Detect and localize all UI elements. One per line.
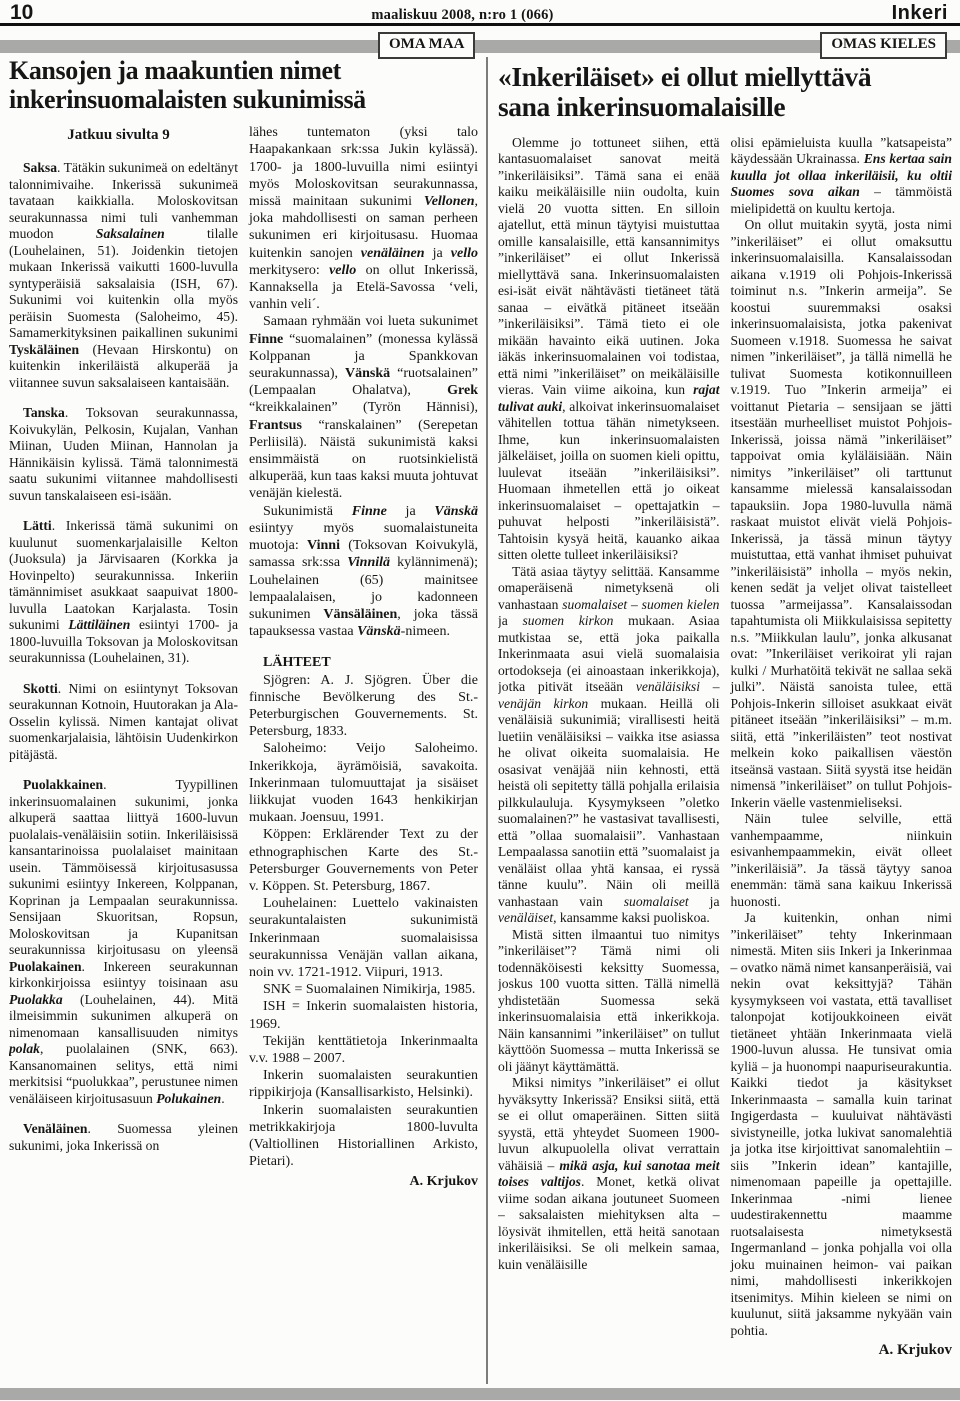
bottom-bar: [0, 1388, 960, 1400]
paragraph: Sukunimistä Finne ja Vänskä esiintyy myö…: [249, 503, 478, 641]
left-article-column-1-text: Saksa. Tätäkin sukunimeä on edeltänyt ta…: [9, 160, 238, 1154]
author-signature: A. Krjukov: [731, 1342, 953, 1359]
paragraph: SNK = Suomalainen Nimikirja, 1985.: [249, 981, 478, 998]
continued-from-note: Jatkuu sivulta 9: [9, 127, 228, 144]
paper-name: Inkeri: [892, 2, 948, 25]
paragraph: Saloheimo: Veijo Saloheimo. Inkerikkoja,…: [249, 740, 478, 826]
paragraph: On ollut muitakin syytä, josta nimi ”ink…: [731, 217, 953, 811]
paragraph: Tanska. Toksovan seurakunnassa, Koivukyl…: [9, 405, 238, 504]
paragraph: Saksa. Tätäkin sukunimeä on edeltänyt ta…: [9, 160, 238, 391]
section-label-omas-kieles: OMAS KIELES: [820, 32, 947, 59]
paragraph: Tekijän kenttätietoja Inkerinmaalta v.v.…: [249, 1033, 478, 1067]
right-article: «Inkeriläiset» ei ollut miellyttävä sana…: [498, 56, 952, 1378]
paragraph: Näin tulee selville, että vanhempaamme, …: [731, 811, 953, 910]
paragraph: Lätti. Inkerissä tämä sukunimi on kuulun…: [9, 518, 238, 667]
left-article-title: Kansojen ja maakuntien nimet inkerinsuom…: [9, 56, 478, 114]
issue-info: maaliskuu 2008, n:ro 1 (066): [371, 7, 553, 24]
section-label-oma-maa: OMA MAA: [378, 32, 475, 59]
left-article-columns: Jatkuu sivulta 9 Saksa. Tätäkin sukunime…: [9, 124, 478, 1381]
right-article-title-line1: «Inkeriläiset» ei ollut miellyttävä: [498, 62, 952, 92]
left-article-column-2-text: lähes tuntematon (yksi talo Haapakankaan…: [249, 124, 478, 1190]
left-article-column-1: Jatkuu sivulta 9 Saksa. Tätäkin sukunime…: [9, 124, 238, 1381]
paragraph: lähes tuntematon (yksi talo Haapakankaan…: [249, 124, 478, 313]
left-article-title-line2: inkerinsuomalaisten sukunimissä: [9, 85, 478, 114]
right-article-title-line2: sana inkerinsuomalaisille: [498, 92, 952, 122]
paragraph: Samaan ryhmään voi lueta sukunimet Finne…: [249, 313, 478, 502]
right-article-column-2: olisi epämieluista kuulla ”katsapeista” …: [731, 135, 953, 1378]
paragraph: Sjögren: A. J. Sjögren. Über die finnisc…: [249, 672, 478, 741]
left-article-column-2: lähes tuntematon (yksi talo Haapakankaan…: [249, 124, 478, 1381]
author-signature: A. Krjukov: [249, 1173, 478, 1190]
paragraph: Mistä sitten ilmaantui tuo nimitys ”inke…: [498, 927, 720, 1076]
paragraph: Ja kuitenkin, onhan nimi ”inkeriläiset” …: [731, 910, 953, 1339]
paragraph: Köppen: Erklärender Text zu der ethnogra…: [249, 826, 478, 895]
paragraph: Tätä asiaa täytyy selittää. Kansamme oma…: [498, 564, 720, 927]
left-article: Kansojen ja maakuntien nimet inkerinsuom…: [9, 56, 478, 1381]
paragraph: Venäläinen. Suomessa yleinen sukunimi, j…: [9, 1121, 238, 1154]
right-article-title: «Inkeriläiset» ei ollut miellyttävä sana…: [498, 62, 952, 123]
left-article-title-line1: Kansojen ja maakuntien nimet: [9, 56, 478, 85]
paragraph: Olemme jo tottuneet siihen, että kantasu…: [498, 135, 720, 564]
header-rule: [0, 23, 960, 26]
section-bar: OMA MAA OMAS KIELES: [0, 40, 960, 53]
article-divider: [486, 57, 488, 1384]
paragraph: Inkerin suomalaisten seurakuntien rippik…: [249, 1067, 478, 1101]
masthead: 10 maaliskuu 2008, n:ro 1 (066) Inkeri: [0, 0, 960, 22]
paragraph: Miksi nimitys ”inkeriläiset” ei ollut hy…: [498, 1075, 720, 1273]
right-article-columns: Olemme jo tottuneet siihen, että kantasu…: [498, 135, 952, 1378]
paragraph: ISH = Inkerin suomalaisten historia, 196…: [249, 998, 478, 1032]
paragraph: Puolakkainen. Tyypillinen inkerinsuomala…: [9, 777, 238, 1107]
paragraph: olisi epämieluista kuulla ”katsapeista” …: [731, 135, 953, 218]
right-article-column-2-text: olisi epämieluista kuulla ”katsapeista” …: [731, 135, 953, 1359]
paragraph: Louhelainen: Luettelo vakinaisten seurak…: [249, 895, 478, 981]
paragraph: LÄHTEET: [249, 654, 478, 671]
paragraph: Inkerin suomalaisten seurakuntien metrik…: [249, 1102, 478, 1171]
right-article-column-1-text: Olemme jo tottuneet siihen, että kantasu…: [498, 135, 720, 1274]
paragraph: Skotti. Nimi on esiintynyt Toksovan seur…: [9, 681, 238, 764]
right-article-column-1: Olemme jo tottuneet siihen, että kantasu…: [498, 135, 720, 1378]
newspaper-page: 10 maaliskuu 2008, n:ro 1 (066) Inkeri O…: [0, 0, 960, 1401]
page-number: 10: [10, 1, 33, 25]
